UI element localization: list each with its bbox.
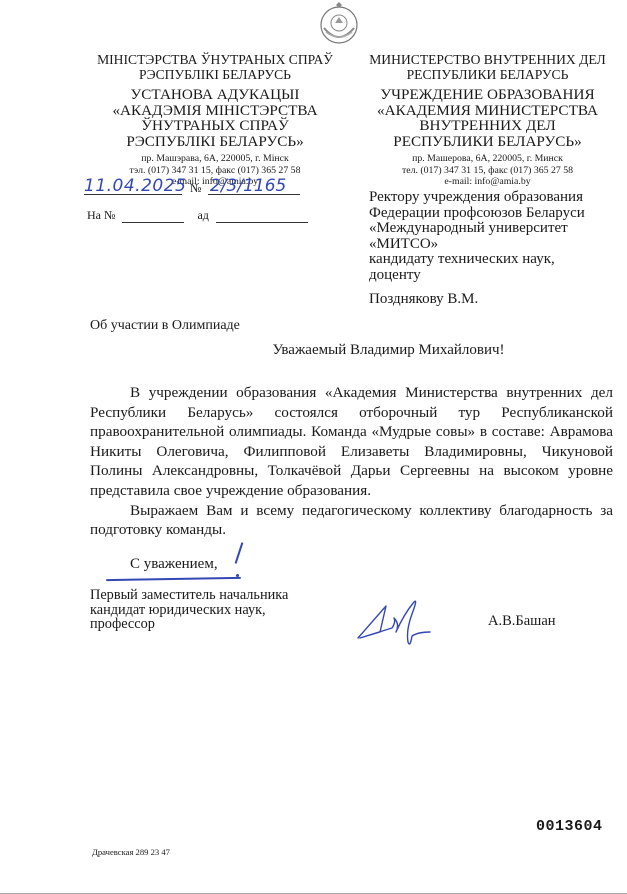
registration-date: 11.04.2025 <box>84 176 186 196</box>
number-label: № <box>190 181 201 196</box>
handwritten-tick-mark <box>235 542 244 564</box>
addressee-block: Ректору учреждения образования Федерации… <box>369 190 627 307</box>
institution-name-by: УСТАНОВА АДУКАЦЫІ «АКАДЭМІЯ МІНІСТЭРСТВА… <box>60 87 370 149</box>
ministry-name-by: МІНІСТЭРСТВА ЎНУТРАНЫХ СПРАЎ РЭСПУБЛІКІ … <box>60 52 370 82</box>
ref-from-label: ад <box>197 208 208 222</box>
letter-greeting: Уважаемый Владимир Михайлович! <box>0 342 627 359</box>
signer-name: А.В.Башан <box>488 613 556 630</box>
addressee-name: Позднякову В.М. <box>369 292 627 308</box>
institution-name-ru: УЧРЕЖДЕНИЕ ОБРАЗОВАНИЯ «АКАДЕМИЯ МИНИСТЕ… <box>345 87 627 149</box>
header-left-belarusian: МІНІСТЭРСТВА ЎНУТРАНЫХ СПРАЎ РЭСПУБЛІКІ … <box>60 52 370 188</box>
handwritten-signature-icon <box>352 592 442 652</box>
ref-date-blank <box>216 211 308 223</box>
closing-phrase: С уважением, <box>130 556 218 573</box>
body-paragraph: В учреждении образования «Академия Минис… <box>90 383 613 501</box>
executor-info: Драчевская 289 23 47 <box>92 847 170 857</box>
body-paragraph: Выражаем Вам и всему педагогическому кол… <box>90 501 613 540</box>
ministry-name-ru: МИНИСТЕРСТВО ВНУТРЕННИХ ДЕЛ РЕСПУБЛИКИ Б… <box>345 52 627 82</box>
signer-title: Первый заместитель начальника кандидат ю… <box>90 588 288 632</box>
address-ru: пр. Машерова, 6А, 220005, г. Минск тел. … <box>345 153 627 188</box>
belarus-coat-of-arms-icon <box>318 2 360 46</box>
ref-number-label: На № <box>87 208 115 222</box>
reference-row: На № ад <box>87 208 308 223</box>
header-right-russian: МИНИСТЕРСТВО ВНУТРЕННИХ ДЕЛ РЕСПУБЛИКИ Б… <box>345 52 627 188</box>
serial-number: 0013604 <box>536 818 603 835</box>
handwritten-dot <box>236 574 239 577</box>
letter-body: В учреждении образования «Академия Минис… <box>90 383 613 540</box>
handwritten-underline <box>106 577 241 581</box>
ref-number-blank <box>122 211 184 223</box>
registration-number: 2/3/1165 <box>210 176 286 196</box>
letter-subject: Об участии в Олимпиаде <box>90 318 240 334</box>
